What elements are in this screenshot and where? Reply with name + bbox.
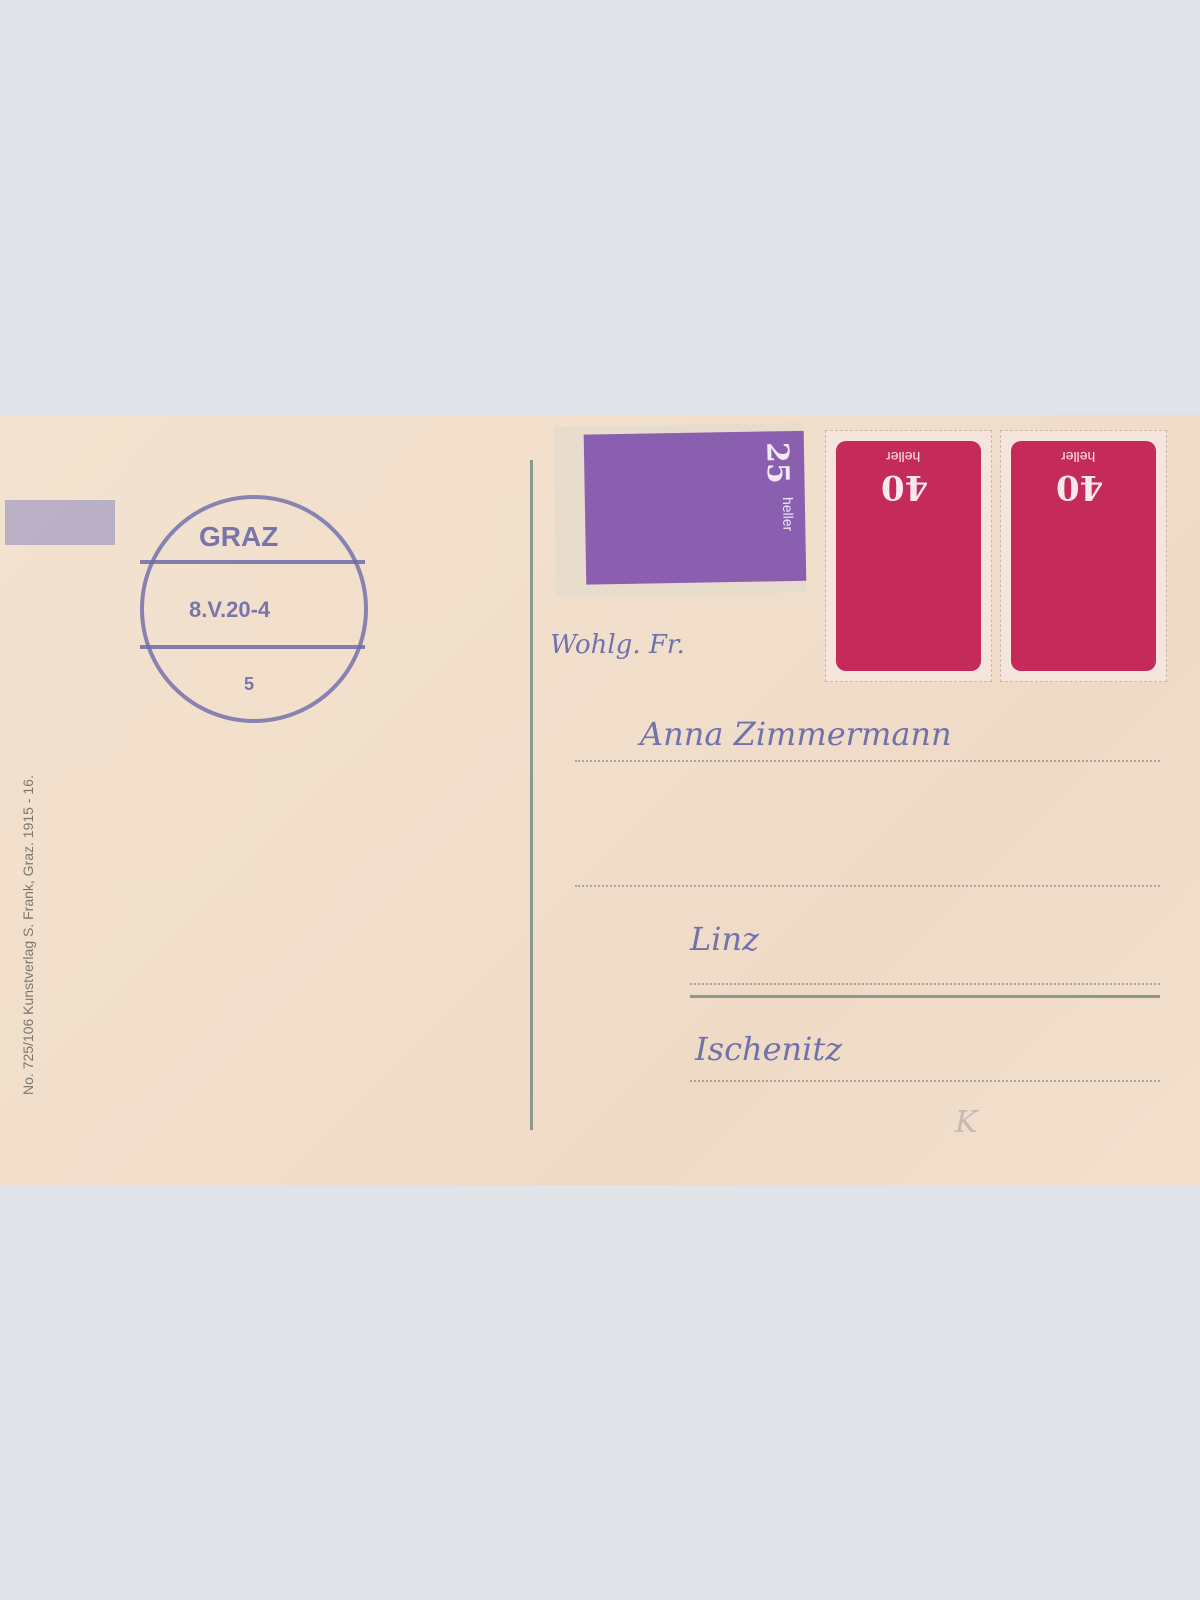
stamp-25-heller: 25 heller: [554, 423, 807, 597]
address-solid-line: [690, 995, 1160, 998]
address-line-2: Anna Zimmermann: [640, 715, 952, 753]
cancel-bar: [140, 645, 365, 649]
publisher-imprint: No. 725/106 Kunstverlag S. Frank, Graz. …: [20, 775, 36, 1095]
cancel-bar: [140, 560, 365, 564]
postmark-date: 8.V.20-4: [189, 597, 270, 623]
stamp-value: 40: [881, 467, 928, 507]
stamp-40-heller: 40 heller: [1000, 430, 1167, 682]
address-dotted-line: [690, 1080, 1160, 1082]
address-dotted-line: [575, 885, 1160, 887]
stamp-value: 25: [759, 442, 795, 484]
stamp-40-heller: 40 heller: [825, 430, 992, 682]
stamp-unit: heller: [780, 497, 797, 532]
postcard-back: No. 725/106 Kunstverlag S. Frank, Graz. …: [0, 415, 1200, 1185]
pencil-note: K: [955, 1105, 977, 1140]
address-line-3: Linz: [690, 920, 759, 958]
postmark-city: GRAZ: [199, 521, 278, 553]
address-dotted-line: [575, 760, 1160, 762]
graz-postmark: GRAZ 8.V.20-4 5: [140, 495, 368, 723]
address-line-4: Ischenitz: [695, 1030, 842, 1068]
postmark-office: 5: [244, 674, 254, 695]
card-divider: [530, 460, 533, 1130]
address-dotted-line: [690, 983, 1160, 985]
address-line-1: Wohlg. Fr.: [550, 630, 685, 660]
cancel-ink-block: [5, 500, 115, 545]
stamp-unit: heller: [886, 449, 920, 465]
stamp-unit: heller: [1061, 449, 1095, 465]
stamp-value: 40: [1056, 467, 1103, 507]
message-handwriting: Handwritten message in Kurrent script (v…: [40, 835, 520, 883]
